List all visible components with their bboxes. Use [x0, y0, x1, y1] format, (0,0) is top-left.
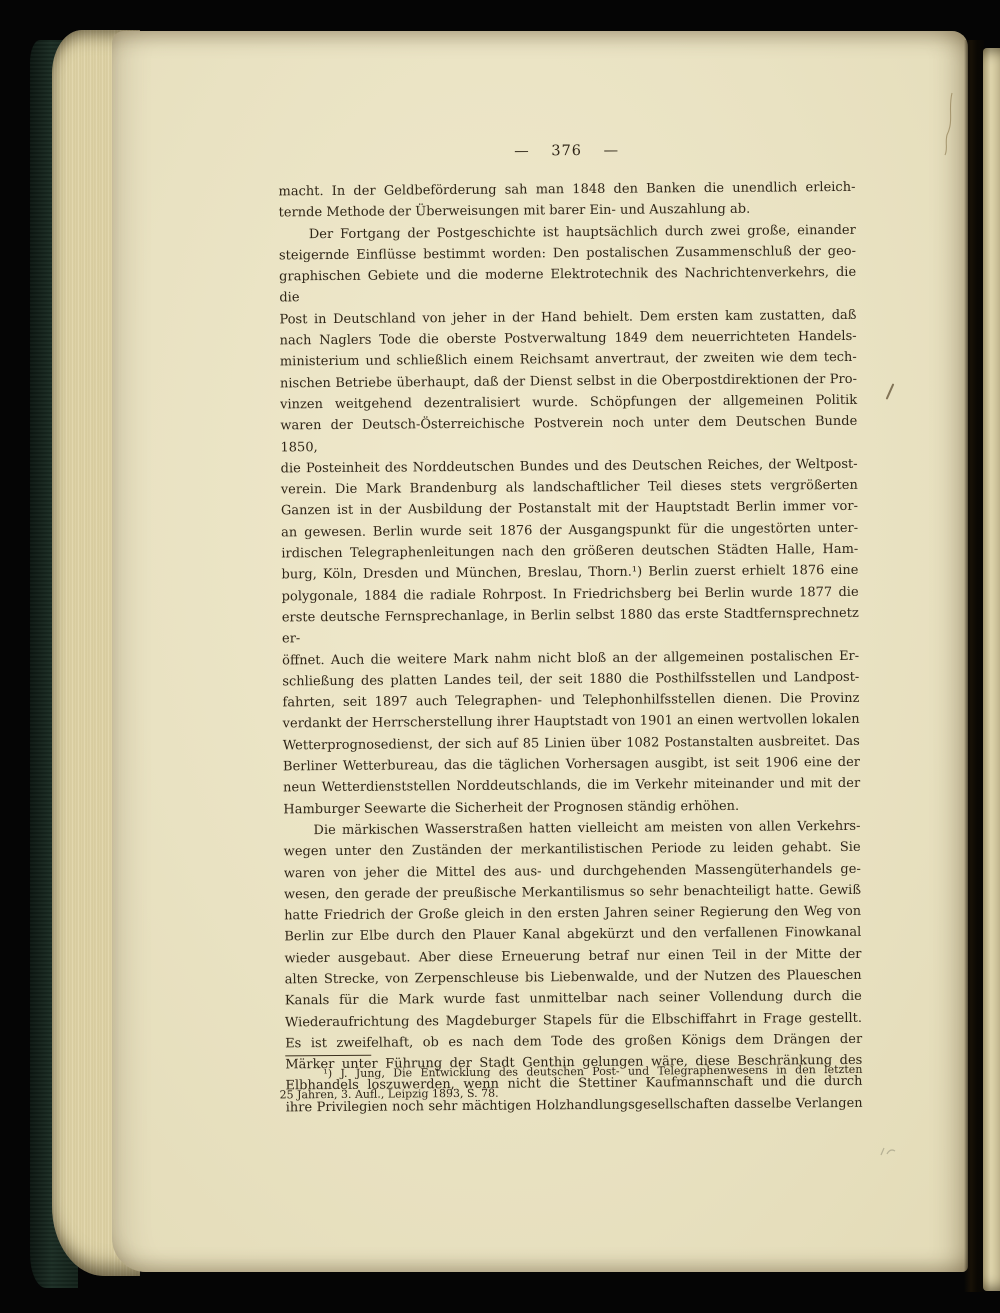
scanned-book-photo: { "colors": { "background": "#050505", "…: [0, 0, 1000, 1313]
paragraph: Der Fortgang der Postgeschichte ist haup…: [279, 219, 861, 820]
page-content: — 376 — macht. In der Geldbeförderung sa…: [111, 28, 977, 1276]
text-line: graphischen Gebiete und die moderne Elek…: [279, 262, 856, 309]
page-number: — 376 —: [278, 141, 855, 162]
book-page: — 376 — macht. In der Geldbeförderung sa…: [112, 31, 968, 1272]
next-page-edge: [983, 48, 1000, 1291]
paragraph: ¹) J. Jung, Die Entwicklung des deutsche…: [279, 1059, 862, 1106]
text-line: waren der Deutsch-Österreichische Postve…: [280, 411, 857, 458]
paragraph: macht. In der Geldbeförderung sah man 18…: [278, 177, 855, 224]
page-gap-shadow: [964, 40, 984, 1292]
text-line: erste deutsche Fernsprechanlage, in Berl…: [282, 603, 859, 650]
footnote-block: ¹) J. Jung, Die Entwicklung des deutsche…: [279, 1059, 862, 1106]
text-line: neun Wetterdienststellen Norddeutschland…: [283, 773, 860, 799]
text-block: macht. In der Geldbeförderung sah man 18…: [278, 177, 862, 1119]
